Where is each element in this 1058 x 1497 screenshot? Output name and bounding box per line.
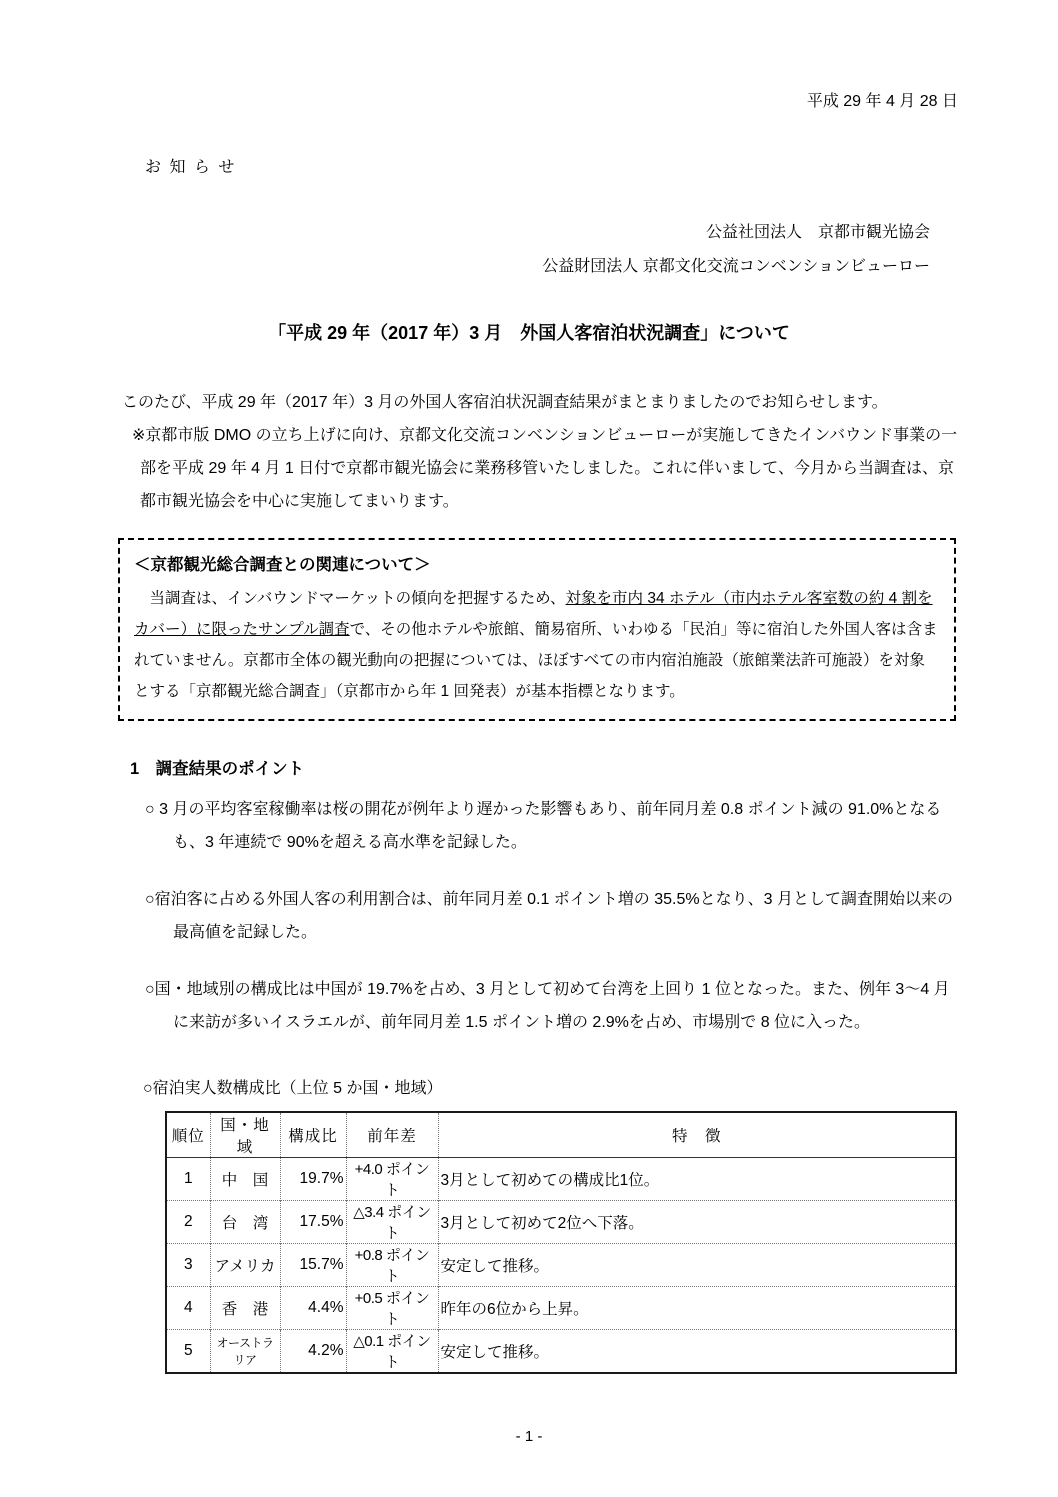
- org-line-1: 公益社団法人 京都市観光協会: [0, 216, 930, 250]
- table-header-diff: 前年差: [346, 1112, 438, 1158]
- related-box-heading: ＜京都観光総合調査との関連について＞: [134, 550, 940, 581]
- cell-share: 15.7%: [280, 1244, 346, 1287]
- cell-diff: +0.5 ポイント: [346, 1287, 438, 1330]
- cell-region: オーストラリア: [210, 1330, 280, 1374]
- table-heading: ○宿泊実人数構成比（上位 5 か国・地域）: [143, 1077, 1058, 1101]
- cell-rank: 1: [166, 1158, 210, 1201]
- cell-region: 中 国: [210, 1158, 280, 1201]
- intro-paragraph: このたび、平成 29 年（2017 年）3 月の外国人客宿泊状況調査結果がまとま…: [122, 386, 960, 419]
- share-by-country-table: 順位 国・地域 構成比 前年差 特 徴 1 中 国 19.7% +4.0 ポイン…: [165, 1111, 957, 1374]
- organization-block: 公益社団法人 京都市観光協会 公益財団法人 京都文化交流コンベンションビューロー: [0, 216, 1058, 284]
- result-point-1: ○ 3 月の平均客室稼働率は桜の開花が例年より遅かった影響もあり、前年同月差 0…: [145, 793, 963, 859]
- table-header-row: 順位 国・地域 構成比 前年差 特 徴: [166, 1112, 956, 1158]
- table-header-region: 国・地域: [210, 1112, 280, 1158]
- notice-label: お 知 ら せ: [145, 156, 1058, 180]
- cell-feature: 3月として初めての構成比1位。: [438, 1158, 956, 1201]
- cell-share: 19.7%: [280, 1158, 346, 1201]
- cell-feature: 3月として初めて2位へ下落。: [438, 1201, 956, 1244]
- cell-rank: 3: [166, 1244, 210, 1287]
- document-page: 平成 29 年 4 月 28 日 お 知 ら せ 公益社団法人 京都市観光協会 …: [0, 0, 1058, 1497]
- result-point-3: ○国・地域別の構成比は中国が 19.7%を占め、3 月として初めて台湾を上回り …: [145, 973, 963, 1039]
- table-row: 1 中 国 19.7% +4.0 ポイント 3月として初めての構成比1位。: [166, 1158, 956, 1201]
- intro-note: ※京都市版 DMO の立ち上げに向け、京都文化交流コンベンションビューローが実施…: [122, 419, 960, 518]
- cell-diff: +4.0 ポイント: [346, 1158, 438, 1201]
- document-date: 平成 29 年 4 月 28 日: [0, 0, 1058, 114]
- cell-feature: 安定して推移。: [438, 1330, 956, 1374]
- cell-rank: 2: [166, 1201, 210, 1244]
- table-row: 2 台 湾 17.5% △3.4 ポイント 3月として初めて2位へ下落。: [166, 1201, 956, 1244]
- cell-share: 4.2%: [280, 1330, 346, 1374]
- cell-diff: △0.1 ポイント: [346, 1330, 438, 1374]
- table-header-feature: 特 徴: [438, 1112, 956, 1158]
- org-line-2: 公益財団法人 京都文化交流コンベンションビューロー: [0, 250, 930, 284]
- cell-diff: +0.8 ポイント: [346, 1244, 438, 1287]
- table-row: 4 香 港 4.4% +0.5 ポイント 昨年の6位から上昇。: [166, 1287, 956, 1330]
- cell-region: 台 湾: [210, 1201, 280, 1244]
- cell-rank: 5: [166, 1330, 210, 1374]
- cell-region: 香 港: [210, 1287, 280, 1330]
- table-header-rank: 順位: [166, 1112, 210, 1158]
- cell-share: 17.5%: [280, 1201, 346, 1244]
- table-row: 5 オーストラリア 4.2% △0.1 ポイント 安定して推移。: [166, 1330, 956, 1374]
- result-point-2: ○宿泊客に占める外国人客の利用割合は、前年同月差 0.1 ポイント増の 35.5…: [145, 883, 963, 949]
- section-1-heading: 1 調査結果のポイント: [130, 757, 1058, 781]
- cell-rank: 4: [166, 1287, 210, 1330]
- page-number: - 1 -: [0, 1428, 1058, 1445]
- related-box-body: 当調査は、インバウンドマーケットの傾向を把握するため、対象を市内 34 ホテル（…: [134, 583, 940, 707]
- table-row: 3 アメリカ 15.7% +0.8 ポイント 安定して推移。: [166, 1244, 956, 1287]
- document-title: 「平成 29 年（2017 年）3 月 外国人客宿泊状況調査」について: [0, 320, 1058, 346]
- cell-feature: 安定して推移。: [438, 1244, 956, 1287]
- related-box-text-pre: 当調査は、インバウンドマーケットの傾向を把握するため、: [134, 590, 566, 607]
- cell-feature: 昨年の6位から上昇。: [438, 1287, 956, 1330]
- cell-share: 4.4%: [280, 1287, 346, 1330]
- cell-diff: △3.4 ポイント: [346, 1201, 438, 1244]
- cell-region: アメリカ: [210, 1244, 280, 1287]
- related-survey-box: ＜京都観光総合調査との関連について＞ 当調査は、インバウンドマーケットの傾向を把…: [118, 538, 956, 721]
- intro-section: このたび、平成 29 年（2017 年）3 月の外国人客宿泊状況調査結果がまとま…: [122, 386, 960, 518]
- table-header-share: 構成比: [280, 1112, 346, 1158]
